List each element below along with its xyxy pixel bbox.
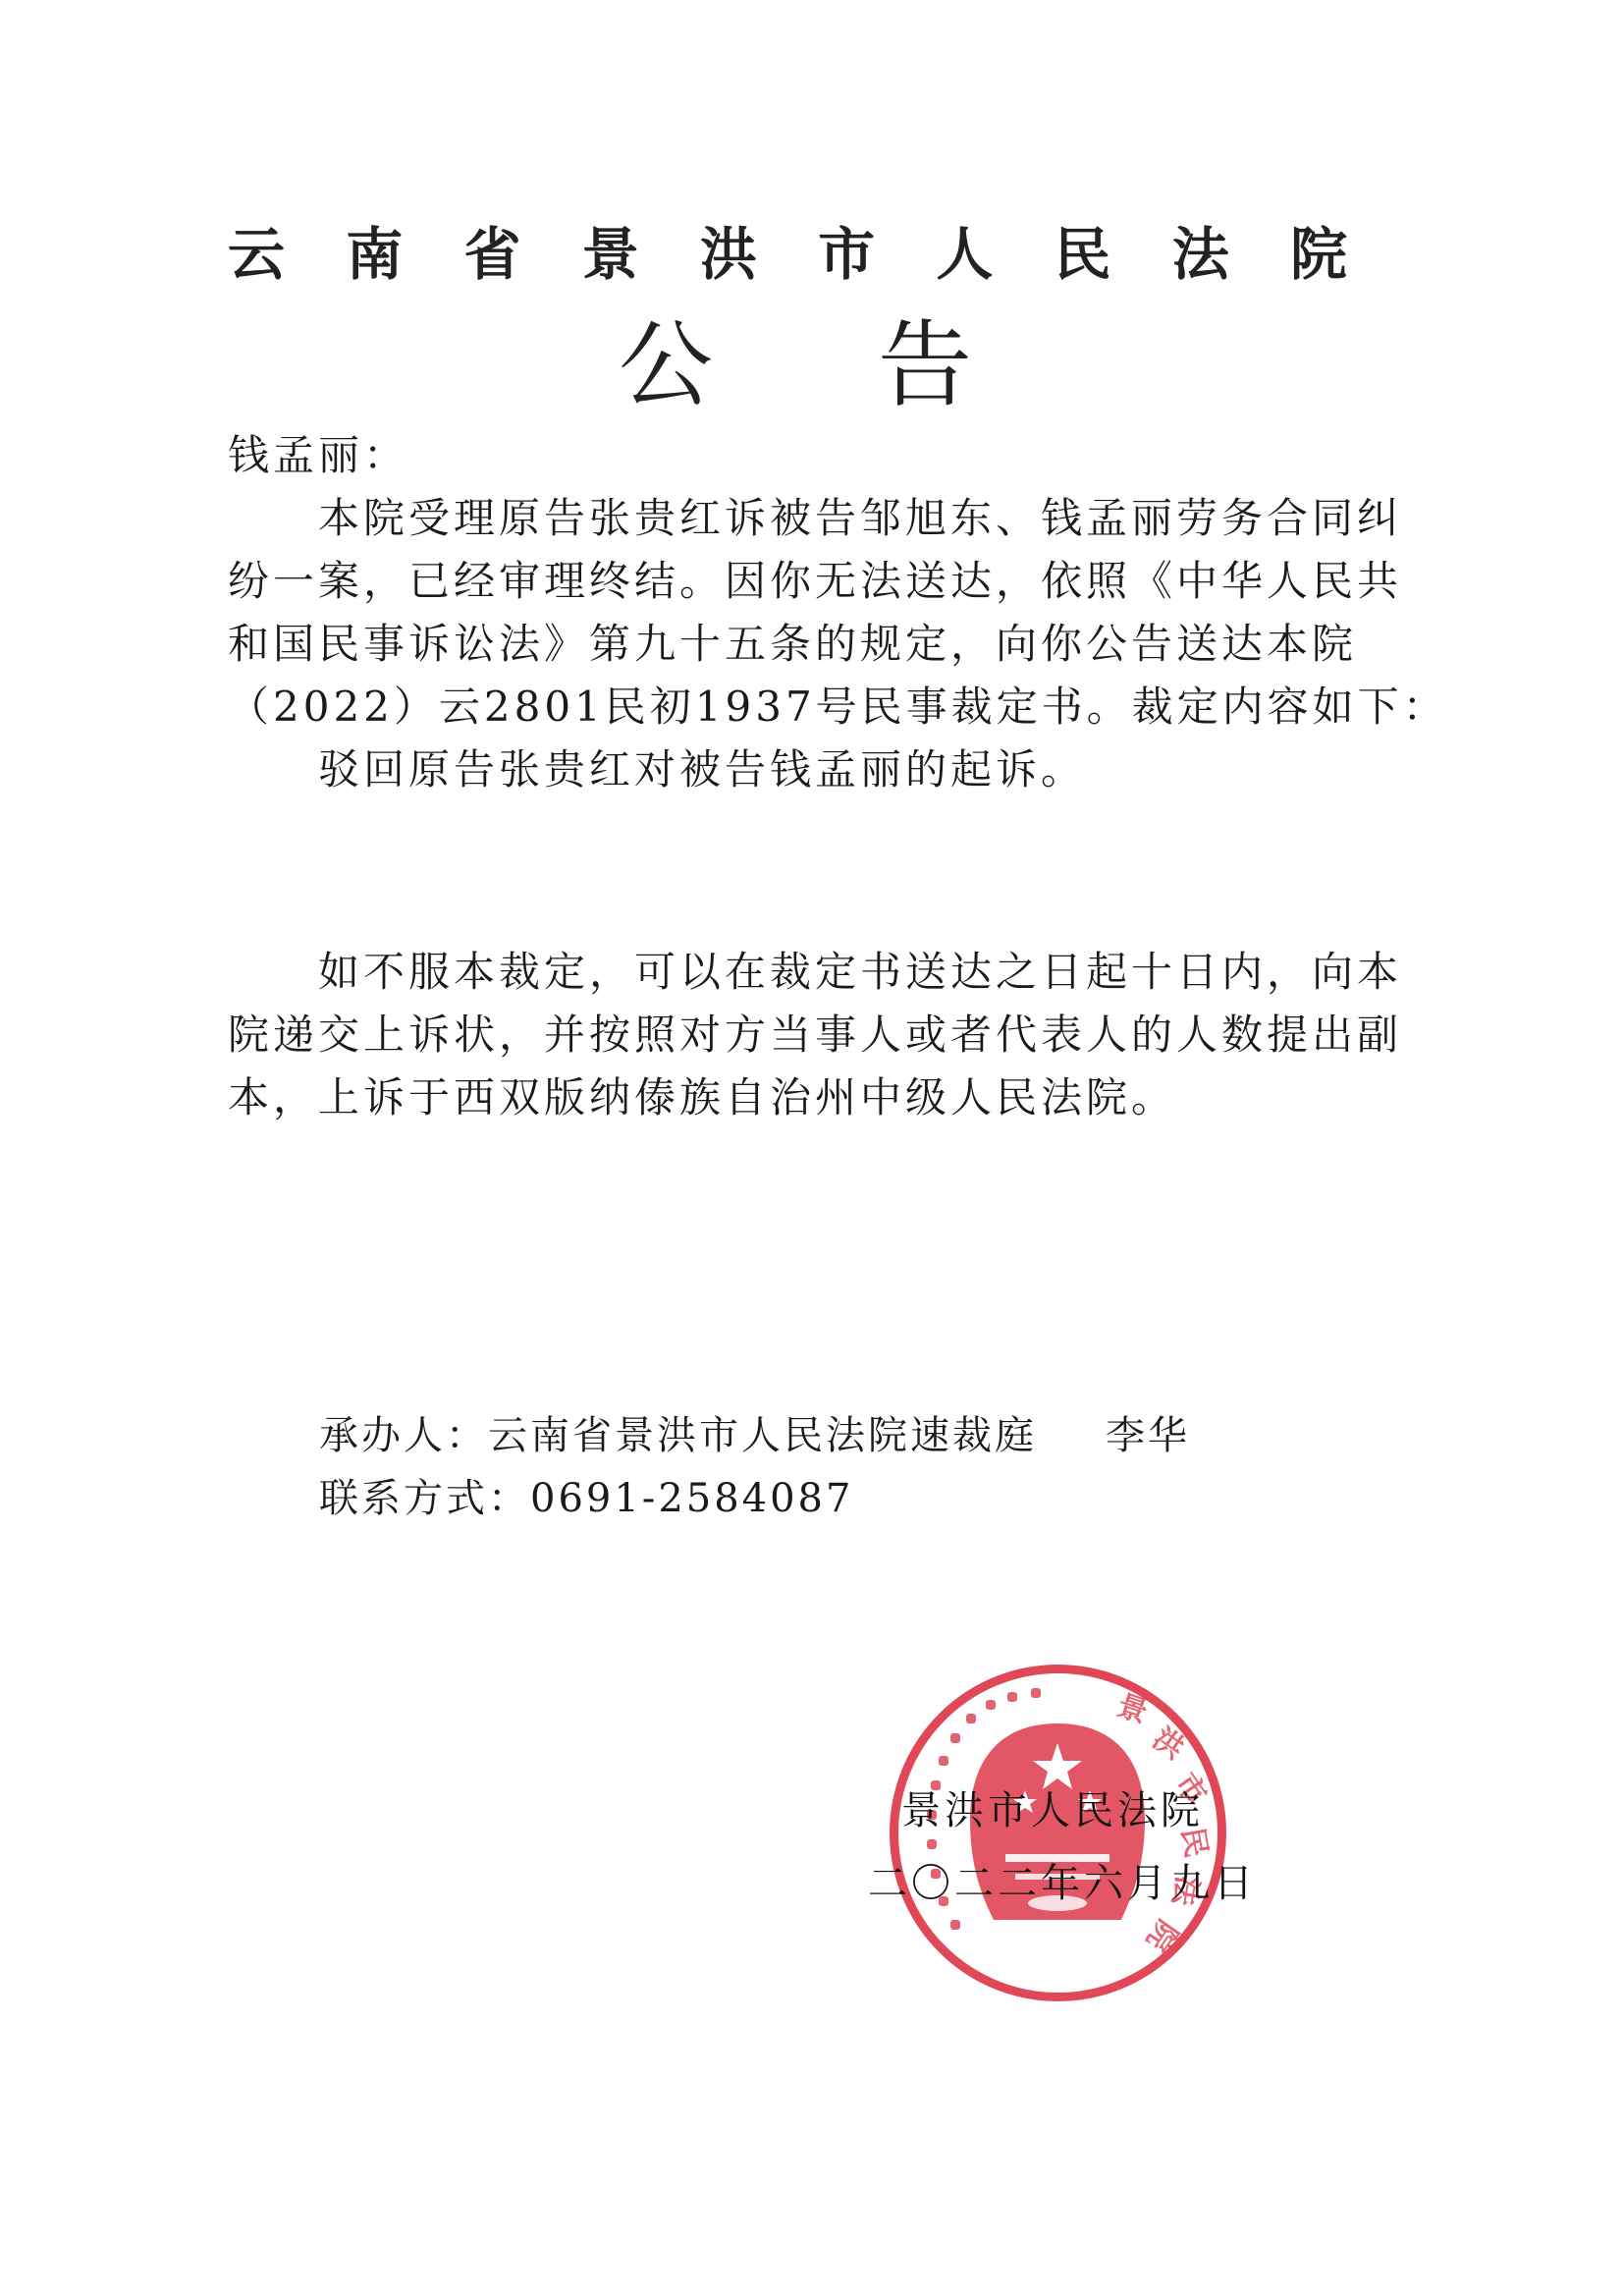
svg-text:景: 景 [1113, 1688, 1152, 1730]
handler-dept: 云南省景洪市人民法院速裁庭 [488, 1413, 1037, 1458]
signing-date: 二〇二二年六月九日 [868, 1852, 1257, 1908]
doc-type-char: 告 [878, 291, 972, 425]
court-name-char: 景 [582, 208, 639, 291]
phone-number: 0691-2584087 [530, 1476, 853, 1521]
court-name-heading: 云 南 省 景 洪 市 人 民 法 院 [228, 210, 1347, 289]
court-name-char: 云 [228, 208, 285, 291]
appeal-line: 本，上诉于西双版纳傣族自治州中级人民法院。 [228, 1066, 1357, 1129]
court-name-char: 省 [463, 208, 520, 291]
appeal-line: 院递交上诉状，并按照对方当事人或者代表人的人数提出副 [228, 1004, 1357, 1066]
signing-court: 景洪市人民法院 [901, 1779, 1204, 1835]
handler-line: 承办人：云南省景洪市人民法院速裁庭李华 [319, 1404, 1190, 1467]
spacer [228, 801, 1357, 941]
appeal-line: 如不服本裁定，可以在裁定书送达之日起十日内，向本 [228, 941, 1357, 1004]
document-type-heading: 公 告 [619, 299, 972, 416]
paragraph-line: 本院受理原告张贵红诉被告邹旭东、钱孟丽劳务合同纠 [228, 487, 1357, 550]
court-name-char: 民 [1055, 208, 1111, 291]
phone-label: 联系方式： [319, 1476, 530, 1521]
handler-label: 承办人： [319, 1413, 488, 1458]
notice-body: 钱孟丽： 本院受理原告张贵红诉被告邹旭东、钱孟丽劳务合同纠 纷一案，已经审理终结… [228, 424, 1357, 1129]
court-name-char: 洪 [700, 208, 757, 291]
handler-name: 李华 [1106, 1413, 1190, 1458]
addressee: 钱孟丽： [228, 424, 1357, 487]
notice-page: 云 南 省 景 洪 市 人 民 法 院 公 告 钱孟丽： 本院受理原告张贵红诉被… [0, 0, 1623, 2296]
court-name-char: 院 [1290, 208, 1347, 291]
court-name-char: 法 [1172, 208, 1229, 291]
doc-type-char: 公 [619, 291, 713, 425]
ruling-text: 驳回原告张贵红对被告钱孟丽的起诉。 [228, 738, 1357, 801]
contact-block: 承办人：云南省景洪市人民法院速裁庭李华 联系方式：0691-2584087 [319, 1404, 1190, 1530]
phone-line: 联系方式：0691-2584087 [319, 1467, 1190, 1530]
paragraph-line: 和国民事诉讼法》第九十五条的规定，向你公告送达本院 [228, 613, 1357, 676]
court-name-char: 市 [818, 208, 875, 291]
court-name-char: 南 [346, 208, 403, 291]
paragraph-line: 纷一案，已经审理终结。因你无法送达，依照《中华人民共 [228, 550, 1357, 613]
court-name-char: 人 [936, 208, 993, 291]
paragraph-line: （2022）云2801民初1937号民事裁定书。裁定内容如下： [228, 676, 1357, 738]
